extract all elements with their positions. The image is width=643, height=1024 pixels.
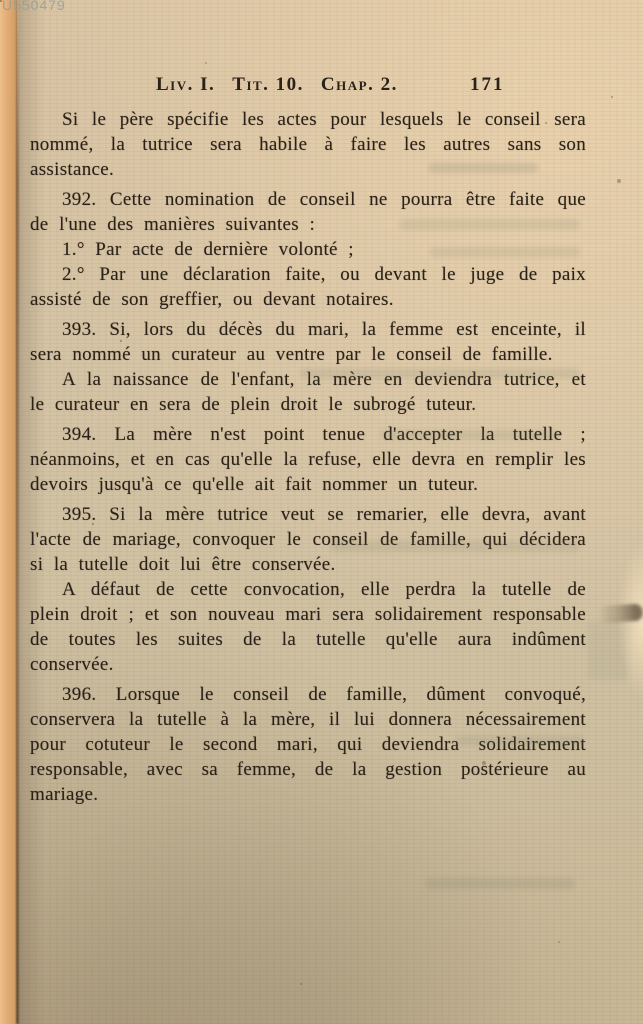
running-head: Liv. I. Tit. 10. Chap. 2. 171 <box>30 74 586 98</box>
paragraph: A défaut de cette convocation, elle perd… <box>30 577 586 677</box>
page-curl-smudge <box>597 603 643 623</box>
running-head-title: Liv. I. Tit. 10. Chap. 2. <box>156 74 398 96</box>
book-label: Liv. I. <box>156 74 215 96</box>
paragraph: 393. Si, lors du décès du mari, la femme… <box>30 317 586 367</box>
bleed-through-mark <box>425 878 575 889</box>
paragraph: Si le père spécifie les actes pour lesqu… <box>30 107 586 182</box>
paragraph: 392. Cette nomination de conseil ne pour… <box>30 187 586 237</box>
page-number: 171 <box>470 74 505 96</box>
page-text: Si le père spécifie les actes pour lesqu… <box>30 107 586 807</box>
chapter-label: Chap. 2. <box>321 74 398 96</box>
paper-specks <box>0 0 2 2</box>
paragraph: 396. Lorsque le conseil de famille, dûme… <box>30 682 586 807</box>
bleed-through-mark <box>588 620 628 680</box>
paragraph: A la naissance de l'enfant, la mère en d… <box>30 367 586 417</box>
paragraph: 1.° Par acte de dernière volonté ; <box>30 237 586 262</box>
paragraph: 394. La mère n'est point tenue d'accepte… <box>30 422 586 497</box>
title-label: Tit. 10. <box>232 74 304 96</box>
paragraph: 2.° Par une déclaration faite, ou devant… <box>30 262 586 312</box>
page-left-edge <box>0 0 17 1024</box>
watermark-number: U550479 <box>2 0 66 13</box>
book-page: U550479 Liv. I. Tit. 10. Chap. 2. 171 Si… <box>0 0 643 1024</box>
page-curl-highlight <box>601 535 643 725</box>
paragraph: 395. Si la mère tutrice veut se remarier… <box>30 502 586 577</box>
